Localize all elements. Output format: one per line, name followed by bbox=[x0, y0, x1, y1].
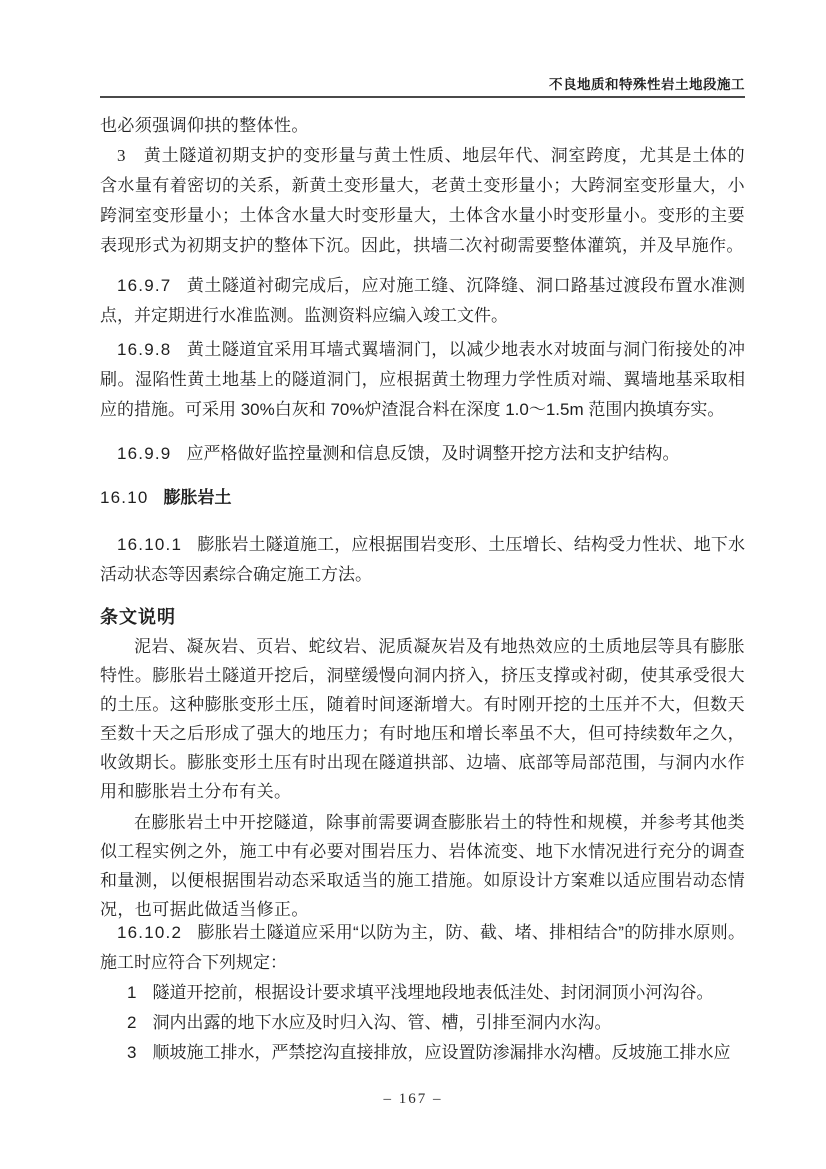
clause-number: 16.9.8 bbox=[117, 340, 171, 359]
clause-16-9-9: 16.9.9应严格做好监控量测和信息反馈，及时调整开挖方法和支护结构。 bbox=[100, 439, 745, 469]
list-item-2: 2洞内出露的地下水应及时归入沟、管、槽，引排至洞内水沟。 bbox=[100, 1008, 745, 1038]
list-item-1: 1隧道开挖前，根据设计要求填平浅埋地段地表低洼处、封闭洞顶小河沟谷。 bbox=[100, 978, 745, 1008]
clause-number: 16.9.7 bbox=[117, 276, 171, 295]
page-number: – 167 – bbox=[0, 1089, 826, 1109]
clause-16-9-7: 16.9.7黄土隧道衬砌完成后，应对施工缝、沉降缝、洞口路基过渡段布置水准测点，… bbox=[100, 271, 745, 331]
list-item-text: 隧道开挖前，根据设计要求填平浅埋地段地表低洼处、封闭洞顶小河沟谷。 bbox=[152, 983, 713, 1002]
list-item-text: 顺坡施工排水，严禁挖沟直接排放，应设置防渗漏排水沟槽。反坡施工排水应 bbox=[152, 1043, 730, 1062]
clause-16-10-1: 16.10.1膨胀岩土隧道施工，应根据围岩变形、土压增长、结构受力性状、地下水活… bbox=[100, 530, 745, 590]
list-item-number: 2 bbox=[127, 1013, 136, 1032]
list-item-3: 3顺坡施工排水，严禁挖沟直接排放，应设置防渗漏排水沟槽。反坡施工排水应 bbox=[100, 1038, 745, 1068]
clause-text: 膨胀岩土隧道施工，应根据围岩变形、土压增长、结构受力性状、地下水活动状态等因素综… bbox=[100, 535, 745, 584]
section-title: 膨胀岩土 bbox=[164, 488, 232, 507]
paragraph-item3: 3 黄土隧道初期支护的变形量与黄土性质、地层年代、洞室跨度，尤其是土体的含水量有… bbox=[100, 141, 745, 261]
document-page: { "colors": { "text": "#1f1f1f", "rule":… bbox=[0, 0, 826, 1169]
list-item-number: 3 bbox=[127, 1043, 136, 1062]
clause-text: 黄土隧道衬砌完成后，应对施工缝、沉降缝、洞口路基过渡段布置水准测点，并定期进行水… bbox=[100, 276, 745, 325]
clause-number: 16.10.1 bbox=[117, 535, 182, 554]
clause-16-10-2-list: 1隧道开挖前，根据设计要求填平浅埋地段地表低洼处、封闭洞顶小河沟谷。 2洞内出露… bbox=[100, 978, 745, 1068]
clause-16-9-8: 16.9.8黄土隧道宜采用耳墙式翼墙洞门，以减少地表水对坡面与洞门衔接处的冲刷。… bbox=[100, 335, 745, 425]
running-header: 不良地质和特殊性岩土地段施工 bbox=[100, 74, 745, 96]
clause-number: 16.10.2 bbox=[117, 923, 182, 942]
list-item-text: 洞内出露的地下水应及时归入沟、管、槽，引排至洞内水沟。 bbox=[152, 1013, 611, 1032]
clause-text: 应严格做好监控量测和信息反馈，及时调整开挖方法和支护结构。 bbox=[186, 444, 679, 463]
clause-number: 16.9.9 bbox=[117, 444, 171, 463]
explanation-paragraph-1: 泥岩、凝灰岩、页岩、蛇纹岩、泥质凝灰岩及有地热效应的土质地层等具有膨胀特性。膨胀… bbox=[100, 632, 745, 806]
clause-text: 膨胀岩土隧道应采用“以防为主，防、截、堵、排相结合”的防排水原则。施工时应符合下… bbox=[100, 923, 745, 972]
explanation-paragraph-2: 在膨胀岩土中开挖隧道，除事前需要调查膨胀岩土的特性和规模，并参考其他类似工程实例… bbox=[100, 808, 745, 924]
list-item-number: 1 bbox=[127, 983, 136, 1002]
explanation-heading: 条文说明 bbox=[100, 602, 745, 632]
header-rule bbox=[100, 96, 745, 98]
section-number: 16.10 bbox=[100, 488, 149, 507]
section-heading-16-10: 16.10膨胀岩土 bbox=[100, 483, 745, 513]
clause-16-10-2: 16.10.2膨胀岩土隧道应采用“以防为主，防、截、堵、排相结合”的防排水原则。… bbox=[100, 918, 745, 978]
clause-text: 黄土隧道宜采用耳墙式翼墙洞门，以减少地表水对坡面与洞门衔接处的冲刷。湿陷性黄土地… bbox=[100, 340, 745, 419]
paragraph-continuation: 也必须强调仰拱的整体性。 bbox=[100, 111, 745, 141]
